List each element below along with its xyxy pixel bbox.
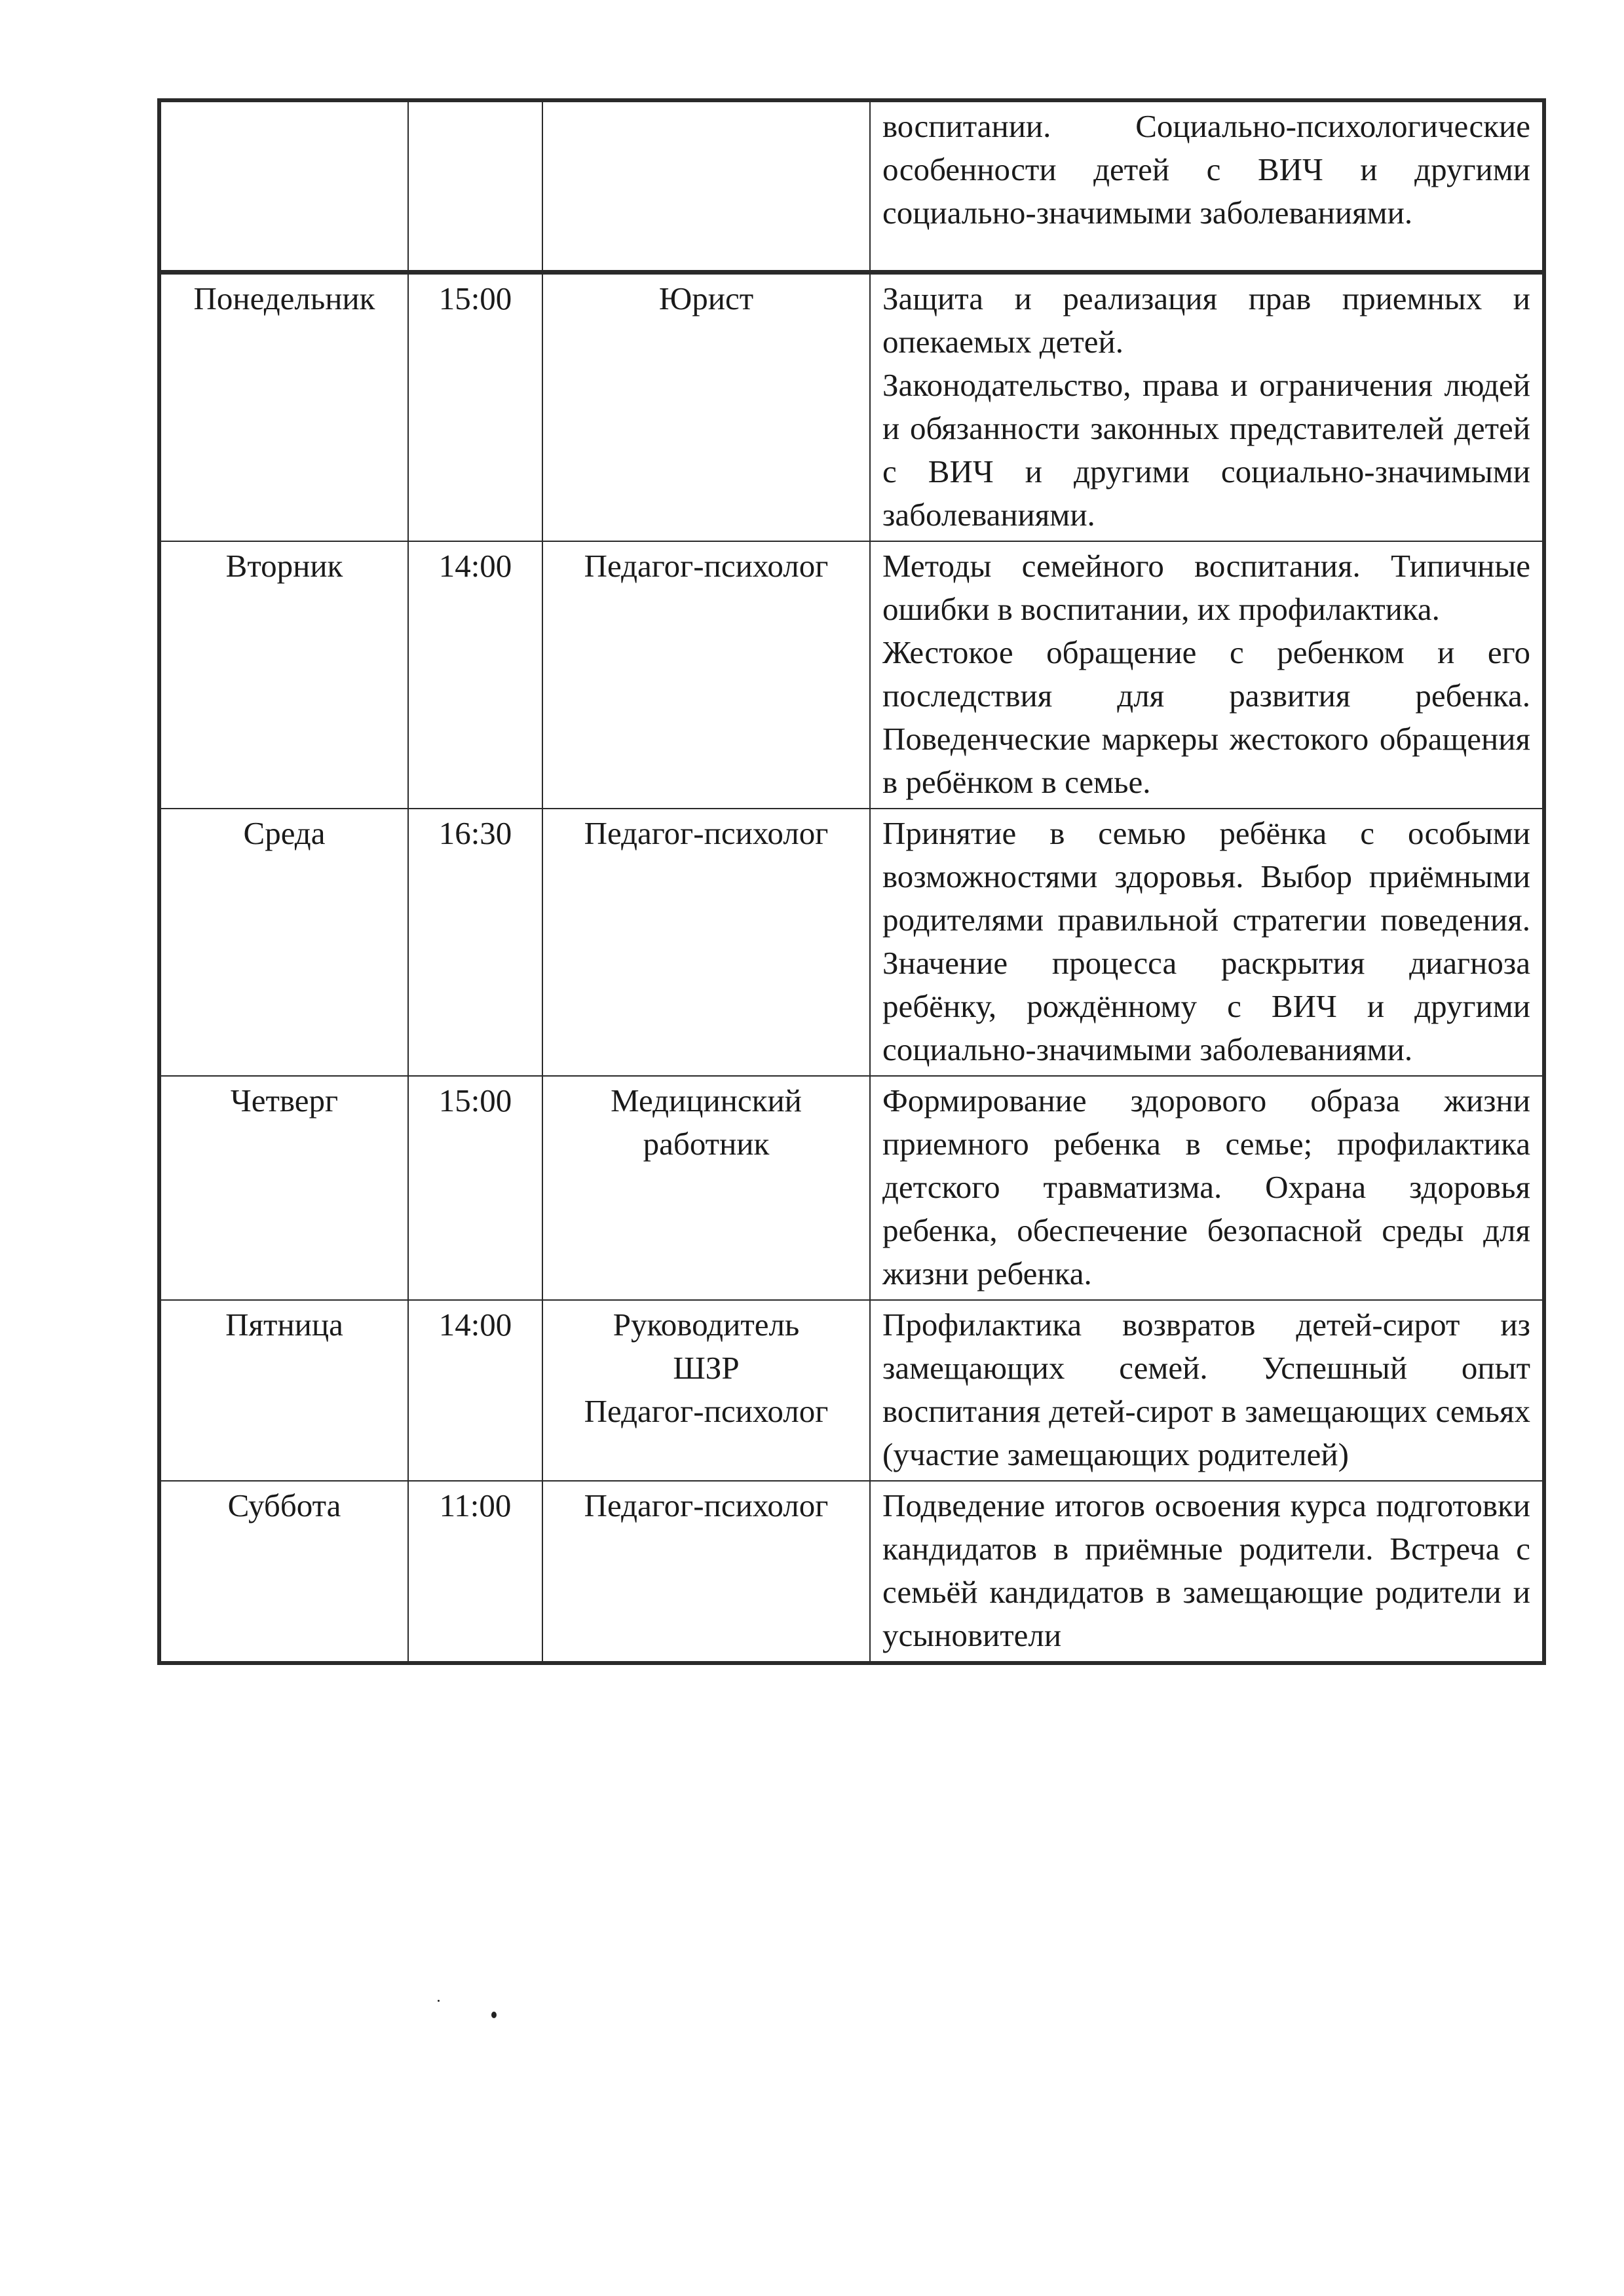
day-cell: Понедельник [159,272,408,541]
specialist-line: Руководитель [555,1303,858,1347]
time-cell: 11:00 [408,1481,542,1663]
specialist-line: Педагог-психолог [555,1484,858,1527]
table-row: Суббота 11:00 Педагог-психолог Подведени… [159,1481,1544,1663]
day-cell: Четверг [159,1076,408,1300]
table-row: Пятница 14:00 Руководитель ШЗР Педагог-п… [159,1300,1544,1481]
specialist-cell: Педагог-психолог [542,809,870,1076]
specialist-cell: Педагог-психолог [542,1481,870,1663]
topic-paragraph: Формирование здорового образа жизни прие… [882,1079,1530,1295]
schedule-table: воспитании. Социально-психологические ос… [157,98,1546,1665]
topic-paragraph: Жестокое обращение с ребенком и его посл… [882,631,1530,804]
scan-speck [438,2000,440,2002]
topic-paragraph: Принятие в семью ребёнка с особыми возмо… [882,812,1530,1071]
topic-cell: Профилактика возвратов детей-сирот из за… [870,1300,1544,1481]
topic-paragraph: Защита и реализация прав приемных и опек… [882,277,1530,364]
topic-cell: Принятие в семью ребёнка с особыми возмо… [870,809,1544,1076]
topic-paragraph: Подведение итогов освоения курса подгото… [882,1484,1530,1657]
time-cell: 14:00 [408,1300,542,1481]
specialist-line: Педагог-психолог [555,545,858,588]
topic-cell: Защита и реализация прав приемных и опек… [870,272,1544,541]
document-page: воспитании. Социально-психологические ос… [0,0,1624,2296]
specialist-line: Педагог-психолог [555,812,858,855]
day-cell: Среда [159,809,408,1076]
specialist-line: ШЗР [555,1347,858,1390]
topic-paragraph: Методы семейного воспитания. Типичные ош… [882,545,1530,631]
topic-cell: воспитании. Социально-психологические ос… [870,100,1544,272]
table-row-continuation: воспитании. Социально-психологические ос… [159,100,1544,272]
table-row: Понедельник 15:00 Юрист Защита и реализа… [159,272,1544,541]
scan-speck [491,2012,497,2018]
specialist-cell: Педагог-психолог [542,541,870,809]
day-cell: Вторник [159,541,408,809]
day-cell: Суббота [159,1481,408,1663]
time-cell: 14:00 [408,541,542,809]
specialist-cell: Юрист [542,272,870,541]
table-row: Вторник 14:00 Педагог-психолог Методы се… [159,541,1544,809]
topic-paragraph: Профилактика возвратов детей-сирот из за… [882,1303,1530,1476]
topic-text: воспитании. Социально-психологические ос… [882,105,1530,235]
topic-cell: Формирование здорового образа жизни прие… [870,1076,1544,1300]
topic-cell: Подведение итогов освоения курса подгото… [870,1481,1544,1663]
time-cell: 15:00 [408,272,542,541]
specialist-line: Медицинский работник [555,1079,858,1166]
specialist-cell: Медицинский работник [542,1076,870,1300]
specialist-line: Юрист [555,277,858,320]
specialist-line: Педагог-психолог [555,1390,858,1433]
topic-cell: Методы семейного воспитания. Типичные ош… [870,541,1544,809]
day-cell [159,100,408,272]
time-cell: 16:30 [408,809,542,1076]
time-cell [408,100,542,272]
specialist-cell [542,100,870,272]
topic-paragraph: Законодательство, права и ограничения лю… [882,364,1530,537]
table-row: Четверг 15:00 Медицинский работник Форми… [159,1076,1544,1300]
specialist-cell: Руководитель ШЗР Педагог-психолог [542,1300,870,1481]
table-row: Среда 16:30 Педагог-психолог Принятие в … [159,809,1544,1076]
day-cell: Пятница [159,1300,408,1481]
time-cell: 15:00 [408,1076,542,1300]
